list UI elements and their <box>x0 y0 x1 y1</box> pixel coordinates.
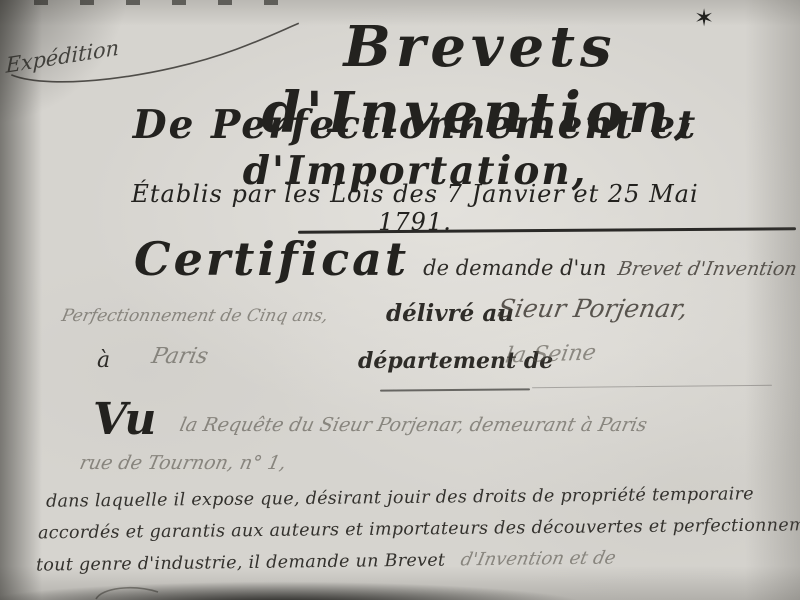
paragraph-line-3: tout genre d'industrie, il demande un Br… <box>36 547 616 575</box>
patent-certificate-photo: Expédition ✶ Brevets d'Invention, De Per… <box>0 0 800 600</box>
hand-rue-line: rue de Tournon, n° 1, <box>78 452 289 474</box>
hand-perfectionnement: Perfectionnement de Cinq ans, <box>60 306 330 326</box>
printed-a: à <box>97 348 110 373</box>
certificate-printed-demande: de demande d'un <box>423 256 606 280</box>
bottom-pen-stroke <box>92 584 162 600</box>
departement-blank-line <box>532 385 772 389</box>
certificate-word: Certificat <box>134 232 409 286</box>
paragraph-line-2: accordés et garantis aux auteurs et impo… <box>38 515 800 544</box>
paragraph-line-3-hand: d'Invention et de <box>459 547 618 570</box>
vu-word: Vu <box>93 394 156 445</box>
star-mark: ✶ <box>694 4 714 32</box>
certificate-hand-brevet: Brevet d'Invention et de <box>616 258 800 280</box>
hand-sieur-name: Sieur Porjenar, <box>495 294 690 323</box>
paragraph-line-1: dans laquelle il expose que, désirant jo… <box>46 484 754 511</box>
hand-requete-line: la Requête du Sieur Porjenar, demeurant … <box>178 414 649 436</box>
paragraph-line-3-printed: tout genre d'industrie, il demande un Br… <box>36 551 445 576</box>
hand-city: Paris <box>149 344 210 369</box>
departement-underline <box>380 388 530 391</box>
top-edge-marks <box>34 0 294 5</box>
certificate-line: Certificat de demande d'un Brevet d'Inve… <box>134 232 800 286</box>
hand-departement: la Seine <box>503 340 598 368</box>
